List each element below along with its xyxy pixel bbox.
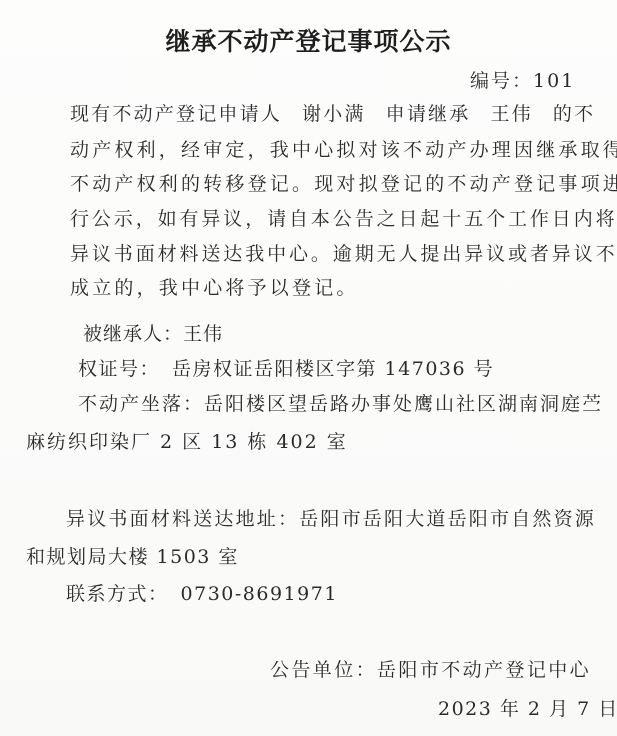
location-field: 不动产坐落：岳阳楼区望岳路办事处鹰山社区湖南洞庭苎 — [78, 391, 603, 417]
contact-value: 0730-8691971 — [181, 583, 338, 605]
decedent-value: 王伟 — [183, 323, 223, 345]
body-line-1: 现有不动产登记申请人谢小满申请继承王伟的不 — [70, 101, 595, 127]
issuer-field: 公告单位：岳阳市不动产登记中心 — [270, 657, 591, 683]
applicant-name: 谢小满 — [302, 103, 366, 125]
location-label: 不动产坐落： — [78, 393, 204, 415]
body-line-2: 动产权利，经审定，我中心拟对该不动产办理因继承取得 — [70, 137, 617, 163]
objection-address-field: 异议书面材料送达地址：岳阳市岳阳大道岳阳市自然资源 — [66, 506, 596, 532]
contact-label: 联系方式： — [66, 583, 169, 605]
contact-field: 联系方式：0730-8691971 — [66, 581, 338, 607]
body-line-3: 不动产权利的转移登记。现对拟登记的不动产登记事项进 — [70, 171, 617, 197]
serial-number: 编号：101 — [470, 66, 575, 93]
body-text: 现有不动产登记申请人 — [70, 103, 282, 125]
location-value-line-1: 岳阳楼区望岳路办事处鹰山社区湖南洞庭苎 — [204, 393, 603, 415]
notice-page: 继承不动产登记事项公示 编号：101 现有不动产登记申请人谢小满申请继承王伟的不… — [0, 0, 617, 736]
serial-label: 编号： — [470, 70, 533, 92]
decedent-label: 被继承人： — [83, 323, 183, 345]
issue-date: 2023 年 2 月 7 日 — [438, 696, 617, 722]
body-line-5: 异议书面材料送达我中心。逾期无人提出异议或者异议不 — [70, 241, 617, 267]
certificate-value: 岳房权证岳阳楼区字第 147036 号 — [172, 358, 494, 380]
decedent-field: 被继承人：王伟 — [83, 321, 223, 347]
document-title: 继承不动产登记事项公示 — [0, 22, 617, 58]
decedent-name: 王伟 — [490, 103, 532, 125]
objection-address-label: 异议书面材料送达地址： — [66, 508, 299, 530]
issuer-value: 岳阳市不动产登记中心 — [377, 659, 591, 681]
objection-address-line-2: 和规划局大楼 1503 室 — [26, 544, 239, 570]
certificate-field: 权证号：岳房权证岳阳楼区字第 147036 号 — [78, 356, 494, 382]
objection-address-line-1: 岳阳市岳阳大道岳阳市自然资源 — [299, 508, 596, 530]
location-value-line-2: 麻纺织印染厂 2 区 13 栋 402 室 — [26, 429, 348, 455]
certificate-label: 权证号： — [78, 358, 160, 380]
body-line-6: 成立的，我中心将予以登记。 — [70, 275, 359, 301]
serial-value: 101 — [533, 70, 575, 92]
issuer-label: 公告单位： — [270, 659, 377, 681]
body-text: 申请继承 — [386, 103, 471, 125]
body-text: 的不 — [553, 103, 595, 125]
body-line-4: 行公示，如有异议，请自本公告之日起十五个工作日内将 — [70, 206, 617, 232]
